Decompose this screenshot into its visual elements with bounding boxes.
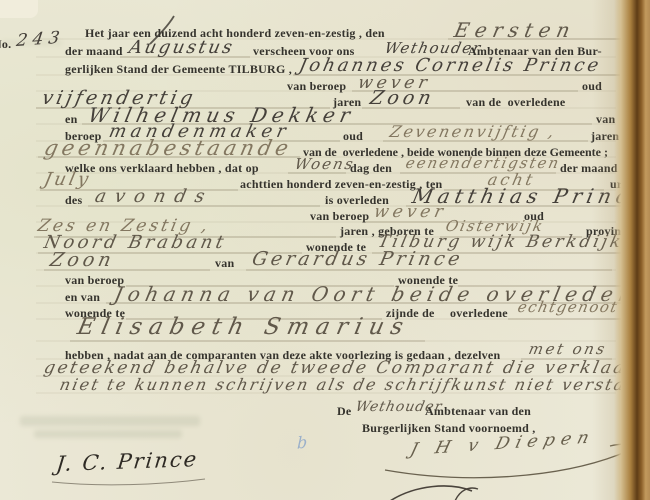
printed-text: van de overledene xyxy=(466,95,566,110)
handwritten-entry: Zoon xyxy=(368,87,437,109)
printed-text: van xyxy=(215,256,234,271)
book-binding-edge xyxy=(614,0,650,500)
handwritten-entry: eenendertigsten xyxy=(404,154,562,172)
printed-text: welke ons verklaard hebben , dat op xyxy=(65,161,259,176)
page-corner-patch xyxy=(0,0,38,18)
handwritten-entry: Gerardus Prince xyxy=(250,248,465,270)
printed-text: en xyxy=(65,112,78,127)
handwritten-entry: Zoon xyxy=(48,249,117,271)
printed-text: van beroep xyxy=(310,209,369,224)
handwritten-entry: avonds xyxy=(93,186,216,207)
handwritten-entry: Zevenenvijftig , xyxy=(388,122,558,141)
printed-text: der maand xyxy=(65,44,123,59)
printed-text: achttien honderd zeven-en-zestig , ten xyxy=(240,177,442,192)
printed-text: gerlijken Stand der Gemeente TILBURG , xyxy=(65,62,292,77)
printed-text: van beroep xyxy=(287,79,346,94)
printed-text: Ambtenaar van den xyxy=(425,404,531,419)
printed-text: overledene xyxy=(450,306,508,321)
declarant-signature: J. C. Prince xyxy=(55,447,200,476)
printed-text: en van xyxy=(65,290,100,305)
printed-text: dag den xyxy=(350,161,392,176)
handwritten-entry: Augustus xyxy=(127,37,236,58)
handwritten-entry: niet te kunnen schrijven als de schrijfk… xyxy=(58,375,650,394)
printed-text: des xyxy=(65,193,82,208)
printed-text: oud xyxy=(343,129,363,144)
handwritten-entry: Woens xyxy=(293,155,356,173)
handwritten-entry: wever xyxy=(372,202,449,222)
handwritten-entry: Elisabeth Smarius xyxy=(75,314,412,340)
document-line: Elisabeth Smarius xyxy=(0,320,650,340)
document-line: Het jaar een duizend acht honderd zeven-… xyxy=(0,26,650,46)
handwritten-entry: July xyxy=(42,169,93,190)
handwritten-entry: Johannes Cornelis Prince xyxy=(297,55,603,76)
handwritten-entry: geennabestaande xyxy=(42,136,294,160)
printed-text: De xyxy=(337,404,352,419)
death-certificate-scan: No. 243 Het jaar een duizend acht honder… xyxy=(0,0,650,500)
blue-pencil-mark: b xyxy=(297,432,308,453)
document-line: niet te kunnen schrijven als de schrijfk… xyxy=(0,381,650,401)
